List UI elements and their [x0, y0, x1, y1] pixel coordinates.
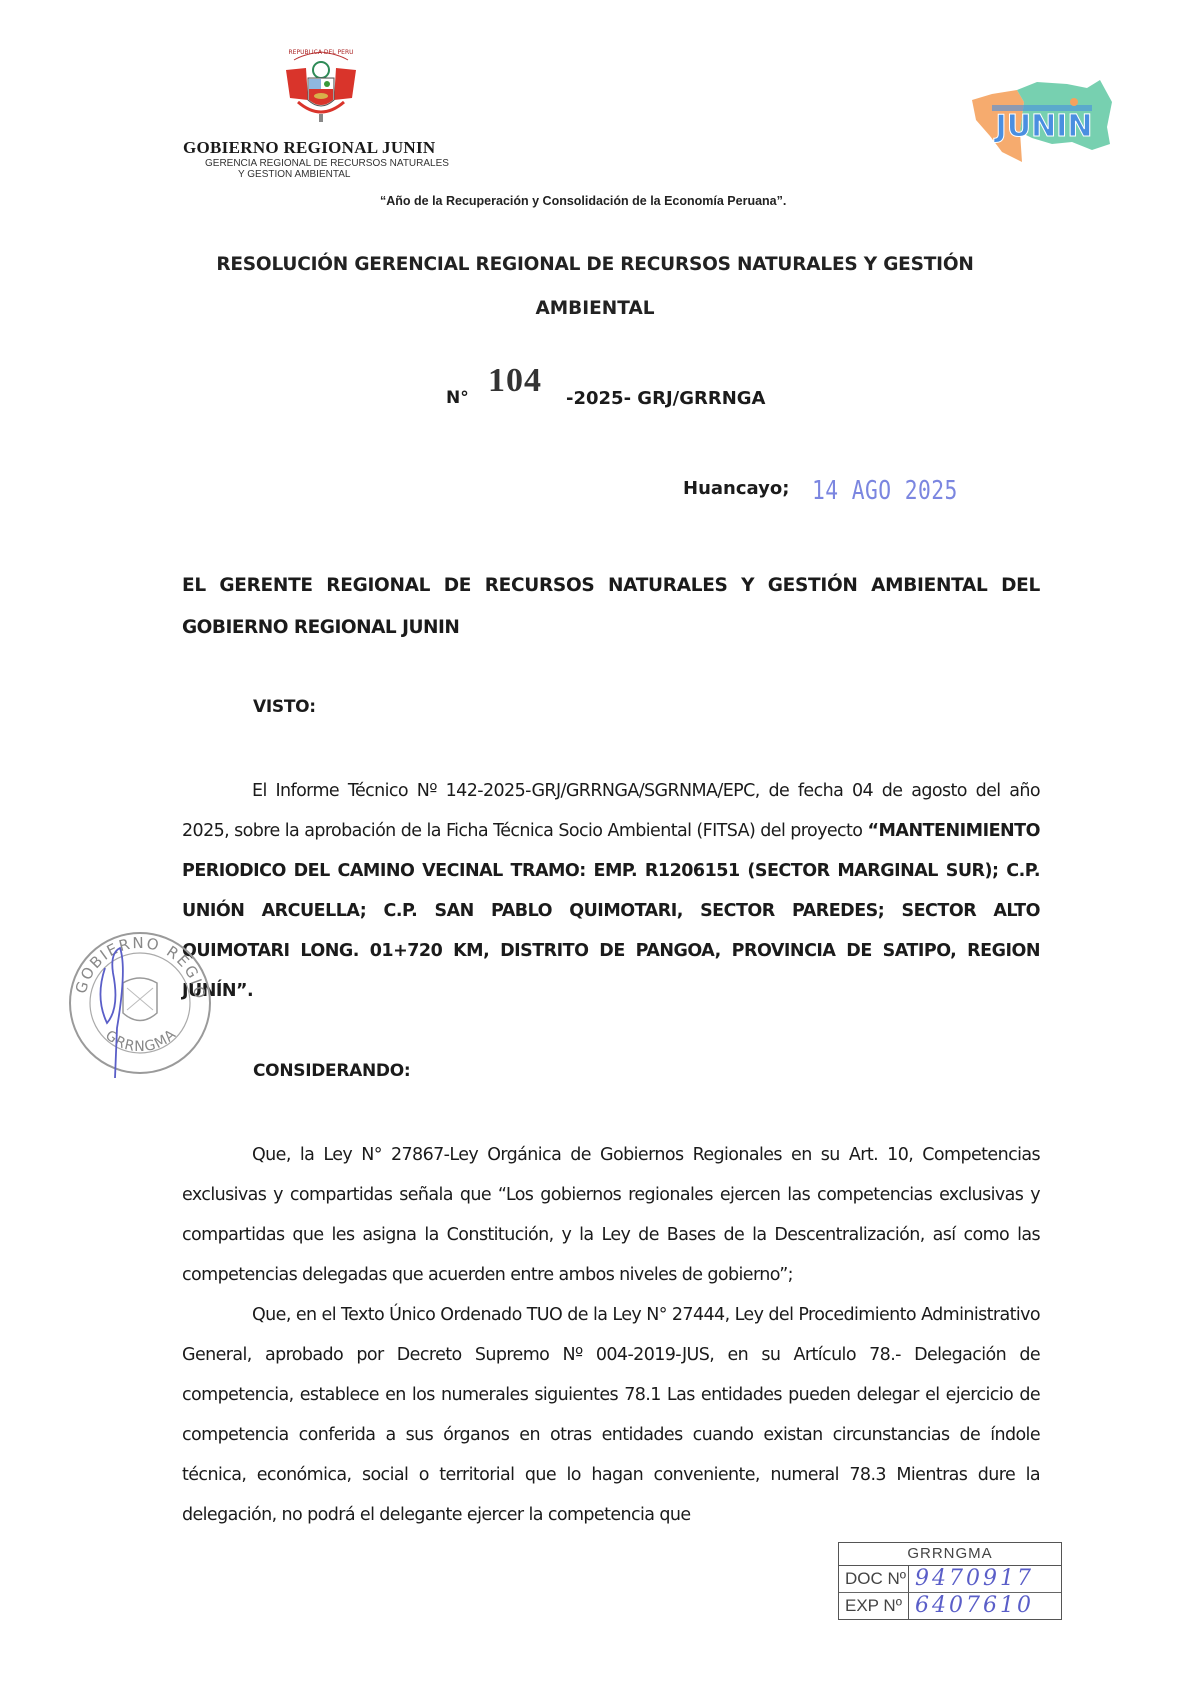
stamp-exp-value: 6407610 — [909, 1593, 1061, 1619]
resolution-number-suffix: -2025- GRJ/GRRNGA — [566, 388, 765, 409]
stamp-doc-label: DOC Nº — [839, 1566, 909, 1592]
official-seal-icon: GOBIERNO REGIONAL JUNIN GRRNGMA — [65, 928, 215, 1078]
considerando-heading: CONSIDERANDO: — [253, 1061, 410, 1081]
stamp-doc-value: 9470917 — [909, 1566, 1061, 1592]
year-motto: “Año de la Recuperación y Consolidación … — [380, 194, 786, 208]
project-name: “MANTENIMIENTO PERIODICO DEL CAMINO VECI… — [182, 821, 1040, 1001]
issuer-line1: EL GERENTE REGIONAL DE RECURSOS NATURALE… — [182, 565, 1040, 607]
visto-paragraph: El Informe Técnico Nº 142-2025-GRJ/GRRNG… — [182, 771, 1040, 1011]
svg-text:JUNIN: JUNIN — [994, 109, 1093, 144]
svg-text:GOBIERNO REGIONAL JUNIN: GOBIERNO REGIONAL JUNIN — [65, 928, 209, 1001]
org-name: GOBIERNO REGIONAL JUNIN — [183, 138, 436, 158]
resolution-number-prefix: N° — [446, 388, 469, 408]
junin-regional-logo: JUNIN — [962, 72, 1122, 172]
stamp-doc-row: DOC Nº 9470917 — [839, 1566, 1061, 1593]
svg-text:GRRNGMA: GRRNGMA — [102, 1026, 180, 1055]
org-subtitle-line2: Y GESTION AMBIENTAL — [238, 169, 350, 180]
resolution-number: 104 — [488, 362, 542, 400]
coat-of-arms-icon: REPUBLICA DEL PERU — [276, 40, 366, 130]
date-stamp: 14 AGO 2025 — [812, 476, 958, 506]
stamp-exp-label: EXP Nº — [839, 1593, 909, 1619]
stamp-office: GRRNGMA — [839, 1543, 1061, 1566]
issuer-line2: GOBIERNO REGIONAL JUNIN — [182, 607, 459, 649]
considerando-paragraph-1: Que, la Ley N° 27867-Ley Orgánica de Gob… — [182, 1135, 1040, 1295]
document-title-line2: AMBIENTAL — [0, 298, 1190, 319]
place-city: Huancayo; — [683, 478, 789, 499]
reception-stamp: GRRNGMA DOC Nº 9470917 EXP Nº 6407610 — [838, 1542, 1062, 1620]
considerando-paragraph-2: Que, en el Texto Único Ordenado TUO de l… — [182, 1295, 1040, 1535]
visto-heading: VISTO: — [253, 697, 316, 717]
org-subtitle-line1: GERENCIA REGIONAL DE RECURSOS NATURALES — [205, 158, 449, 169]
document-title-line1: RESOLUCIÓN GERENCIAL REGIONAL DE RECURSO… — [0, 254, 1190, 275]
stamp-exp-row: EXP Nº 6407610 — [839, 1593, 1061, 1619]
svg-text:REPUBLICA DEL PERU: REPUBLICA DEL PERU — [288, 49, 353, 56]
